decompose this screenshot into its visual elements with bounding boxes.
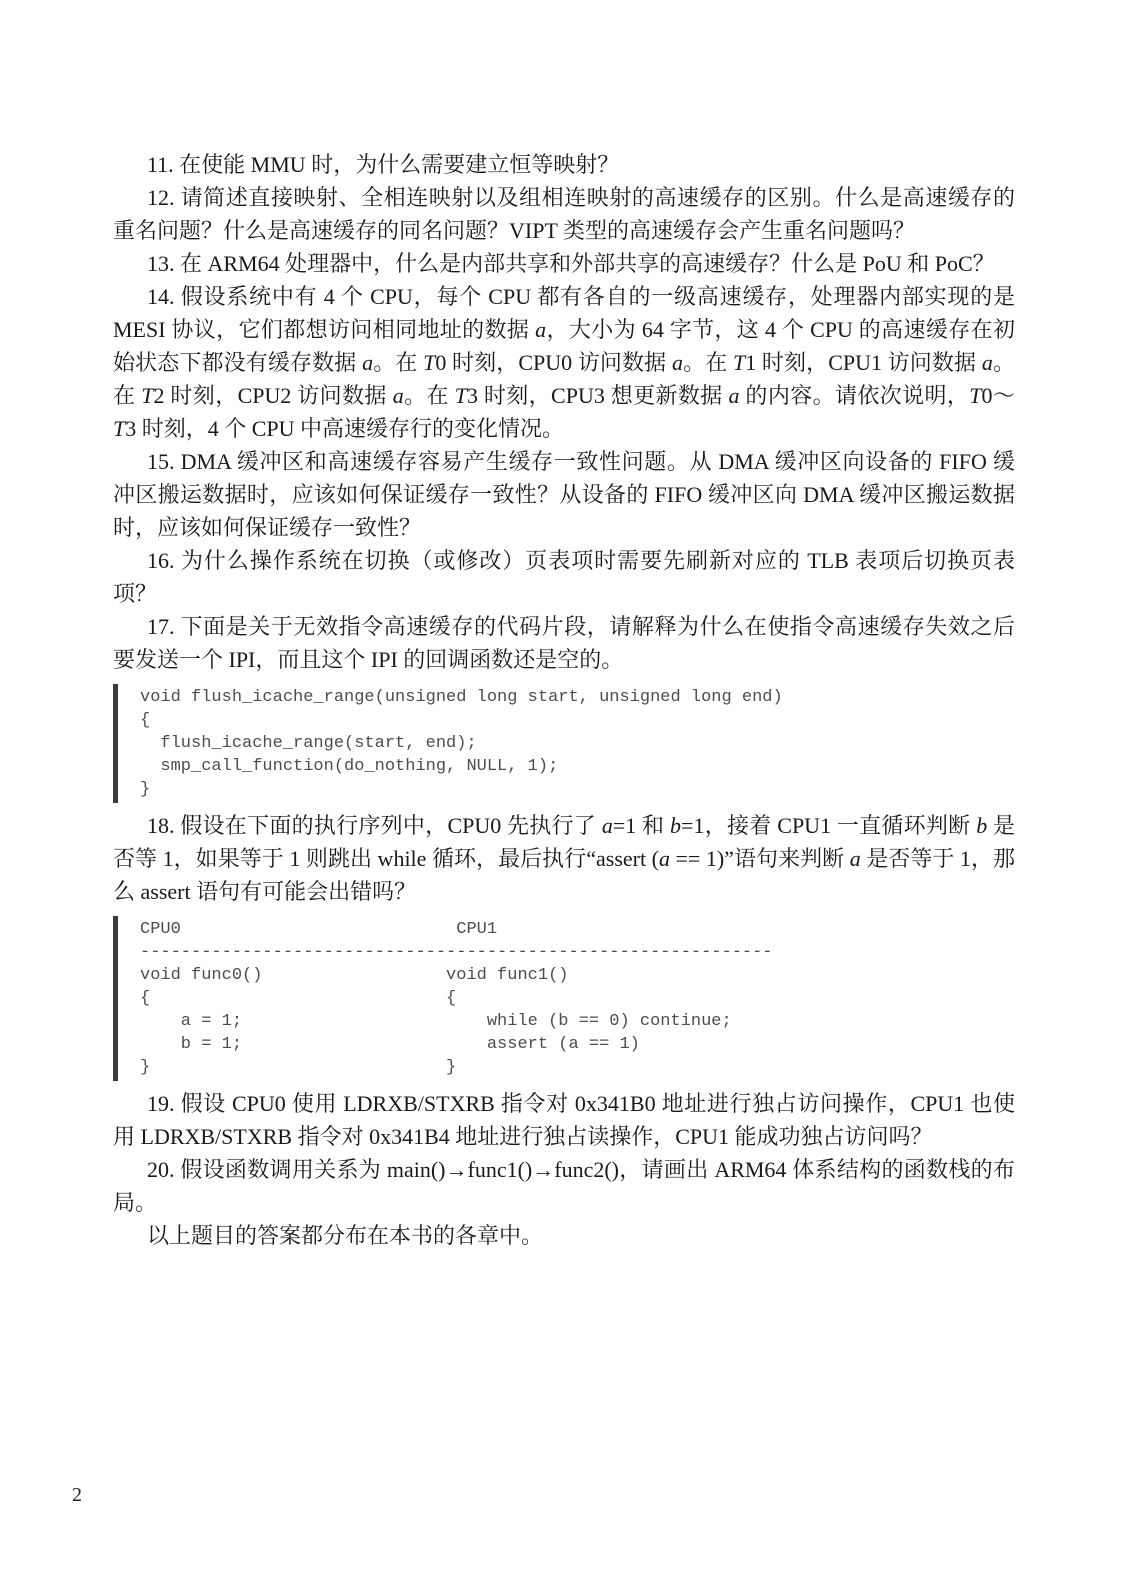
question-12: 12. 请简述直接映射、全相连映射以及组相连映射的高速缓存的区别。什么是高速缓存… [113, 181, 1015, 247]
question-14: 14. 假设系统中有 4 个 CPU，每个 CPU 都有各自的一级高速缓存，处理… [113, 280, 1015, 445]
page-number: 2 [72, 1484, 82, 1507]
question-19: 19. 假设 CPU0 使用 LDRXB/STXRB 指令对 0x341B0 地… [113, 1087, 1015, 1153]
question-17: 17. 下面是关于无效指令高速缓存的代码片段，请解释为什么在使指令高速缓存失效之… [113, 610, 1015, 676]
question-20: 20. 假设函数调用关系为 main()→func1()→func2()，请画出… [113, 1153, 1015, 1219]
question-13: 13. 在 ARM64 处理器中，什么是内部共享和外部共享的高速缓存？什么是 P… [113, 247, 1015, 280]
question-11: 11. 在使能 MMU 时，为什么需要建立恒等映射？ [113, 148, 1015, 181]
code-block-cpu0-cpu1: CPU0 CPU1 ------------------------------… [113, 916, 1015, 1081]
question-16: 16. 为什么操作系统在切换（或修改）页表项时需要先刷新对应的 TLB 表项后切… [113, 544, 1015, 610]
question-15: 15. DMA 缓冲区和高速缓存容易产生缓存一致性问题。从 DMA 缓冲区向设备… [113, 445, 1015, 544]
exercise-list: 11. 在使能 MMU 时，为什么需要建立恒等映射？ 12. 请简述直接映射、全… [113, 148, 1015, 1252]
closing-note: 以上题目的答案都分布在本书的各章中。 [113, 1219, 1015, 1252]
code-block-flush-icache: void flush_icache_range(unsigned long st… [113, 684, 1015, 803]
question-18: 18. 假设在下面的执行序列中，CPU0 先执行了 a=1 和 b=1，接着 C… [113, 809, 1015, 908]
